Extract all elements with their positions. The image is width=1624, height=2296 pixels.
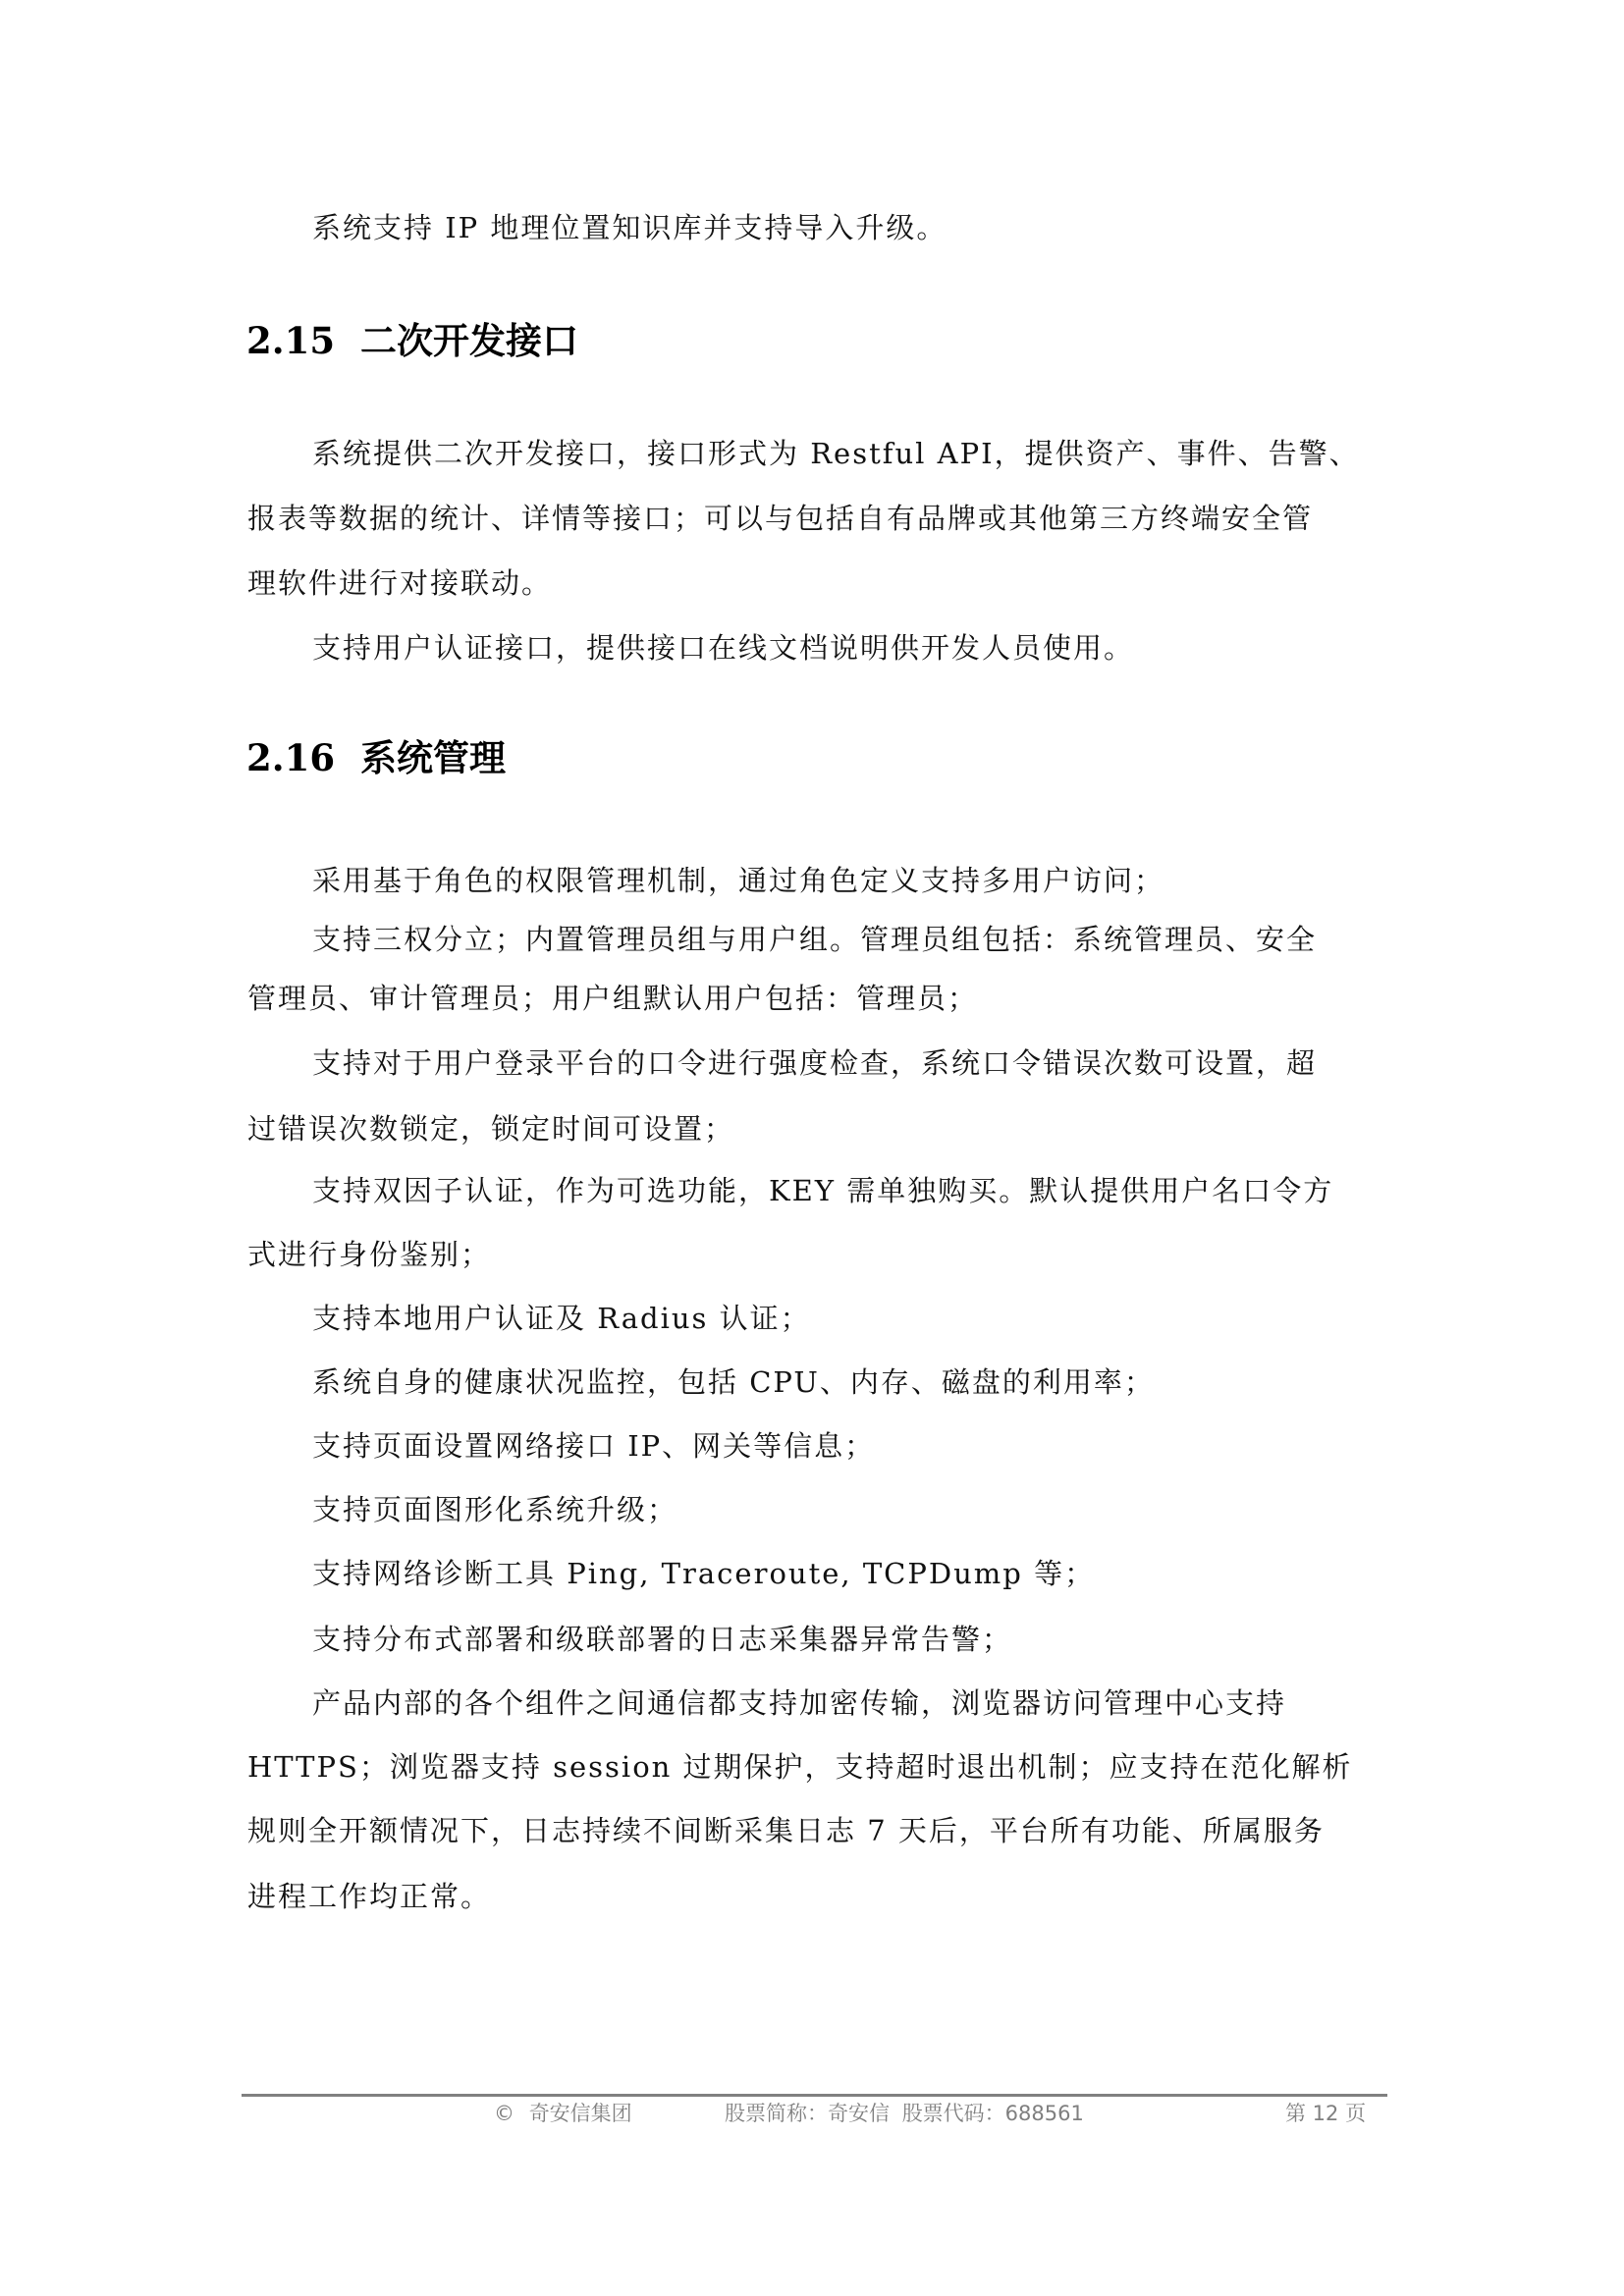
document-page: 系统支持 IP 地理位置知识库并支持导入升级。 2.15二次开发接口 系统提供二… [0,0,1624,2296]
footer-page-number: 第 12 页 [1285,2099,1366,2128]
footer-stock-name: 股票简称：奇安信 [725,2102,890,2125]
paragraph-line: 规则全开额情况下，日志持续不间断采集日志 7 天后，平台所有功能、所属服务 [247,1811,1325,1850]
paragraph-line: 支持用户认证接口，提供接口在线文档说明供开发人员使用。 [312,628,1134,667]
paragraph-line: 支持页面图形化系统升级； [312,1490,677,1529]
paragraph-line: 式进行身份鉴别； [247,1235,491,1274]
section-heading-2-15: 2.15二次开发接口 [246,317,578,364]
paragraph-line: 报表等数据的统计、详情等接口；可以与包括自有品牌或其他第三方终端安全管 [247,499,1313,538]
paragraph-line: 支持对于用户登录平台的口令进行强度检查，系统口令错误次数可设置，超 [312,1043,1317,1083]
footer-stock-info: 股票简称：奇安信 股票代码：688561 [725,2099,1084,2128]
footer-divider [242,2094,1387,2097]
section-title: 二次开发接口 [360,319,578,362]
section-number: 2.16 [246,734,360,781]
paragraph-line: 管理员、审计管理员；用户组默认用户包括：管理员； [247,979,978,1018]
paragraph-line: 支持本地用户认证及 Radius 认证； [312,1299,811,1338]
paragraph-line: 过错误次数锁定，锁定时间可设置； [247,1109,734,1148]
paragraph-line: 采用基于角色的权限管理机制，通过角色定义支持多用户访问； [312,861,1164,900]
copyright-icon: © [494,2102,514,2125]
paragraph-ip-geolocation: 系统支持 IP 地理位置知识库并支持导入升级。 [312,208,947,247]
paragraph-line: 理软件进行对接联动。 [247,563,552,603]
paragraph-line: 支持网络诊断工具 Ping, Traceroute, TCPDump 等； [312,1554,1095,1593]
paragraph-line: 系统自身的健康状况监控，包括 CPU、内存、磁盘的利用率； [312,1362,1155,1402]
footer-stock-code: 股票代码：688561 [902,2102,1084,2125]
section-heading-2-16: 2.16系统管理 [246,734,506,781]
paragraph-line: 支持双因子认证，作为可选功能，KEY 需单独购买。默认提供用户名口令方 [312,1171,1333,1210]
paragraph-line: 支持分布式部署和级联部署的日志采集器异常告警； [312,1620,1012,1659]
paragraph-line: 支持三权分立；内置管理员组与用户组。管理员组包括：系统管理员、安全 [312,920,1317,959]
footer-company: 奇安信集团 [529,2102,632,2125]
paragraph-line: HTTPS；浏览器支持 session 过期保护，支持超时退出机制；应支持在范化… [247,1747,1353,1787]
section-number: 2.15 [246,317,360,364]
footer-copyright: © 奇安信集团 [494,2099,632,2128]
paragraph-line: 进程工作均正常。 [247,1877,491,1916]
paragraph-line: 支持页面设置网络接口 IP、网关等信息； [312,1426,875,1466]
paragraph-line: 系统提供二次开发接口，接口形式为 Restful API，提供资产、事件、告警、 [312,434,1360,473]
paragraph-line: 产品内部的各个组件之间通信都支持加密传输，浏览器访问管理中心支持 [312,1683,1286,1723]
section-title: 系统管理 [360,736,506,779]
